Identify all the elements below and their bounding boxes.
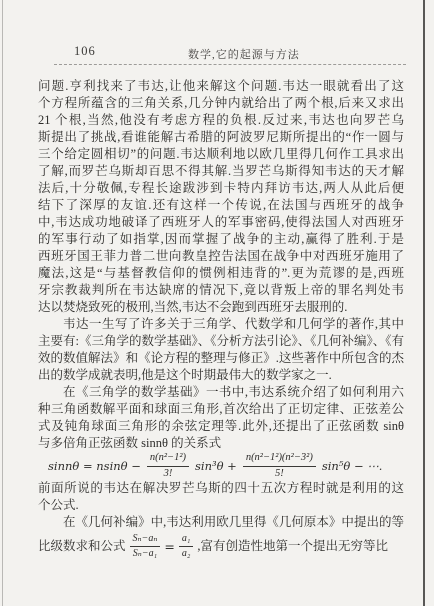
text-line: 了解,而罗芒乌斯却百思不得其解.当罗芒乌斯得知韦达的天才解 xyxy=(38,163,404,180)
running-title: 数学,它的起源与方法 xyxy=(188,46,300,62)
geometric-series-formula-line: 比级数求和公式 Sₙ−aₙ Sₙ−a₁ = a₁ a₂ ,富有创造性地第一个提出… xyxy=(38,531,404,561)
fraction: n(n²−1²) 3! xyxy=(147,452,189,479)
text-line: 个公式. xyxy=(38,497,404,514)
text-line: 主要有:《三角学的数学基础》、《分析方法引论》、《几何补编》、《有 xyxy=(38,333,404,350)
page-number: 106 xyxy=(74,44,96,59)
formula-suffix-text: ,富有创造性地第一个提出无穷等比 xyxy=(197,538,388,555)
paragraph-start-line: 韦达一生写了许多关于三角学、代数学和几何学的著作,其中 xyxy=(38,316,404,333)
formula-middle-term: sin³θ + xyxy=(195,458,237,475)
text-line: 牙宗教裁判所在韦达缺席的情况下,竟以背叛上帝的罪名判处韦 xyxy=(38,282,404,299)
fraction-denominator: a₂ xyxy=(179,547,193,560)
fraction-denominator: 5! xyxy=(243,467,316,480)
text-line: 出的数学成就表明,他是这个时期最伟大的数学家之一. xyxy=(38,367,404,384)
formula-prefix-text: 比级数求和公式 xyxy=(38,538,126,555)
page-edge-left xyxy=(2,0,3,606)
fraction: n(n²−1²)(n²−3²) 5! xyxy=(243,452,316,479)
text-line: 式及钝角球面三角形的余弦定理等.此外,还提出了正弦函数 sinθ xyxy=(38,418,404,435)
text-line: 三个给定圆相切”的问题.韦达顺利地以欧几里得几何作工具求出 xyxy=(38,146,404,163)
text-line: 种三角函数解平面和球面三角形,首次给出了正切定律、正弦差公 xyxy=(38,401,404,418)
body-text: 问题.亨利找来了韦达,让他来解这个问题.韦达一眼就看出了这 个方程所蕴含的三角关… xyxy=(38,78,404,561)
formula-tail: sin⁵θ − ⋯. xyxy=(322,458,383,475)
header-rule xyxy=(54,64,406,65)
fraction-numerator: n(n²−1²)(n²−3²) xyxy=(243,452,316,466)
text-line: 与多倍角正弦函数 sinnθ 的关系式 xyxy=(38,435,404,452)
text-line: 21 个根,当然,他没有考虑方程的负根.反过来,韦达也向罗芒乌 xyxy=(38,112,404,129)
text-line: 魔法,这是“与基督教信仰的惯例相违背的”.更为荒谬的是,西班 xyxy=(38,265,404,282)
text-line: 前面所说的韦达在解决罗芒乌斯的四十五次方程时就是利用的这 xyxy=(38,480,404,497)
text-line: 西班牙国王菲力普二世向教皇控告法国在战争中对西班牙施用了 xyxy=(38,248,404,265)
sine-multiple-angle-formula: sinnθ = nsinθ − n(n²−1²) 3! sin³θ + n(n²… xyxy=(38,452,404,480)
fraction-denominator: 3! xyxy=(147,467,189,480)
text-line: 问题.亨利找来了韦达,让他来解这个问题.韦达一眼就看出了这 xyxy=(38,78,404,95)
paragraph-start-line: 在《几何补编》中,韦达利用欧几里得《几何原本》中提出的等 xyxy=(38,514,404,531)
fraction-numerator: Sₙ−aₙ xyxy=(130,533,161,547)
text-line: 的军事行动了如指掌,因而掌握了战争的主动,赢得了胜利.于是 xyxy=(38,231,404,248)
paragraph-start-line: 在《三角学的数学基础》一书中,韦达系统介绍了如何利用六 xyxy=(38,384,404,401)
scanned-book-page: 106 数学,它的起源与方法 问题.亨利找来了韦达,让他来解这个问题.韦达一眼就… xyxy=(0,0,434,606)
formula-lhs: sinnθ = nsinθ − xyxy=(48,458,141,475)
text-line: 效的数值解法》和《论方程的整理与修正》.这些著作中所包含的杰 xyxy=(38,350,404,367)
text-line: 中,韦达成功地破译了西班牙人的军事密码,使得法国人对西班牙 xyxy=(38,214,404,231)
text-line: 达以焚烧致死的极刑,当然,韦达不会跑到西班牙去服刑的. xyxy=(38,299,404,316)
equals-sign: = xyxy=(164,538,174,555)
fraction: Sₙ−aₙ Sₙ−a₁ xyxy=(130,533,161,559)
fraction-denominator: Sₙ−a₁ xyxy=(130,547,161,560)
fraction-numerator: a₁ xyxy=(179,533,193,547)
text-line: 斯提出了挑战,看谁能解古希腊的阿波罗尼斯所提出的“作一圆与 xyxy=(38,129,404,146)
text-line: 法后,十分敬佩,专程长途跋涉到卡特内拜访韦达,两人从此后便 xyxy=(38,180,404,197)
fraction: a₁ a₂ xyxy=(179,533,193,559)
text-line: 结下了深厚的友谊.还有这样一个传说,在法国与西班牙的战争 xyxy=(38,197,404,214)
fraction-numerator: n(n²−1²) xyxy=(147,452,189,466)
text-line: 个方程所蕴含的三角关系,几分钟内就给出了两个根,后来又求出 xyxy=(38,95,404,112)
page-edge-right xyxy=(423,0,425,606)
